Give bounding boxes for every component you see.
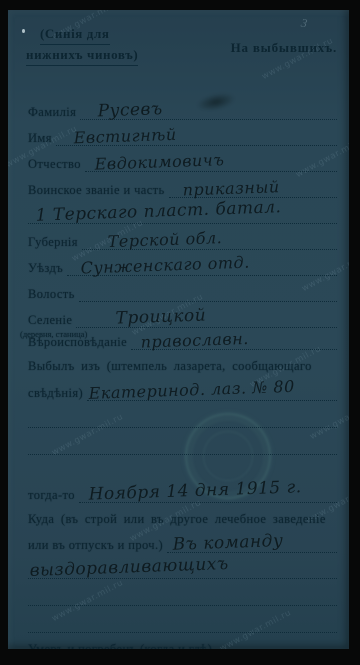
patronymic-label: Отчество: [28, 157, 85, 172]
discharge-date-label: тогда-то: [28, 488, 79, 503]
discharged-to-value-line2-handwritten: выздоравливающихъ: [27, 554, 229, 581]
record-card: www.gwar.mil.ru www.gwar.mil.ru www.gwar…: [8, 10, 349, 649]
surname-label: Фамилія: [28, 105, 80, 120]
first-name-label: Имя: [28, 131, 56, 146]
discharged-to-label-line1: Куда (въ строй или въ другое лечебное за…: [28, 512, 330, 527]
corner-label: На выбывшихъ.: [231, 40, 337, 56]
card-header: (Синія для нижнихъ чиновъ) На выбывшихъ.: [28, 24, 337, 80]
field-province: Губернія Терской обл.: [28, 224, 337, 250]
blank-ruled-line: [28, 428, 337, 455]
field-patronymic: Отчество Евдокимовичъ: [28, 146, 337, 172]
province-label: Губернія: [28, 235, 82, 250]
discharged-from-label-line1-row: Выбылъ изъ (штемпель лазарета, сообщающа…: [28, 350, 337, 374]
blank-ruled-line: [28, 606, 337, 633]
rank-unit-line: приказный: [169, 171, 337, 198]
field-religion: Вѣроисповѣданіе православн.: [28, 328, 337, 350]
religion-label: Вѣроисповѣданіе: [28, 335, 131, 350]
settlement-label: Селеніе: [28, 313, 72, 327]
rank-unit-label: Воинское званіе и часть: [28, 183, 169, 198]
religion-value-handwritten: православн.: [130, 329, 249, 352]
discharge-date-value-handwritten: Ноября 14 дня 1915 г.: [78, 477, 302, 505]
field-discharged-to: или въ отпускъ и проч.) Въ команду: [28, 527, 337, 553]
blank-line: [28, 605, 337, 633]
field-discharged-from: свѣдѣнія) Екатеринод. лаз. № 80: [28, 374, 337, 401]
field-first-name: Имя Евстигнѣй: [28, 120, 337, 146]
province-line: Терской обл.: [82, 223, 337, 250]
field-discharge-date: тогда-то Ноября 14 дня 1915 г.: [28, 477, 337, 503]
died-buried-line: [216, 632, 337, 649]
volost-label: Волость: [28, 287, 79, 302]
scanned-hospital-record-card: { "document": { "type_note_line1": "(Син…: [0, 0, 360, 665]
discharged-from-label-line1: Выбылъ изъ (штемпель лазарета, сообщающа…: [28, 359, 316, 374]
discharged-to-line2: выздоравливающихъ: [28, 552, 337, 579]
surname-line: Русевъ: [80, 93, 337, 120]
blank-ruled-line: [28, 401, 337, 428]
discharged-to-line1: Въ команду: [167, 526, 337, 553]
discharged-to-label-line2: или въ отпускъ и проч.): [28, 538, 167, 553]
card-type-note: (Синія для нижнихъ чиновъ): [28, 24, 138, 66]
discharge-date-line: Ноября 14 дня 1915 г.: [79, 476, 337, 503]
unit-value-handwritten: 1 Терскаго пласт. батал.: [27, 197, 281, 226]
card-type-note-line1: (Синія для: [40, 24, 110, 45]
card-type-note-line2: нижнихъ чиновъ): [26, 45, 138, 66]
field-died-buried: Умеръ и погребенъ (когда и гдѣ): [28, 633, 337, 649]
field-settlement: Селеніе (деревня, станица) Троицкой: [28, 302, 337, 328]
unit-line: 1 Терскаго пласт. батал.: [28, 197, 337, 224]
district-line: Сунженскаго отд.: [67, 249, 337, 276]
district-label: Уѣздъ: [28, 261, 67, 276]
blank-line: [28, 578, 337, 606]
scan-speck: [22, 29, 25, 33]
field-unit-continued: 1 Терскаго пласт. батал.: [28, 198, 337, 224]
field-surname: Фамилія Русевъ: [28, 94, 337, 120]
volost-line: [79, 275, 337, 302]
died-buried-label: Умеръ и погребенъ (когда и гдѣ): [28, 642, 216, 649]
blank-ruled-line: [28, 579, 337, 606]
field-volost: Волость: [28, 276, 337, 302]
first-name-line: Евстигнѣй: [56, 119, 337, 146]
settlement-label-wrap: Селеніе (деревня, станица): [28, 313, 76, 328]
blank-line: [28, 427, 337, 455]
patronymic-line: Евдокимовичъ: [85, 145, 337, 172]
blank-line: [28, 400, 337, 428]
discharged-to-label-line1-row: Куда (въ строй или въ другое лечебное за…: [28, 503, 337, 527]
discharged-to-value-line2-row: выздоравливающихъ: [28, 553, 337, 579]
religion-line: православн.: [131, 327, 337, 350]
field-district: Уѣздъ Сунженскаго отд.: [28, 250, 337, 276]
discharged-from-label-line2: свѣдѣнія): [28, 386, 87, 401]
field-rank-unit: Воинское званіе и часть приказный: [28, 172, 337, 198]
settlement-line: Троицкой: [76, 301, 337, 328]
discharged-from-line: Екатеринод. лаз. № 80: [87, 373, 337, 401]
